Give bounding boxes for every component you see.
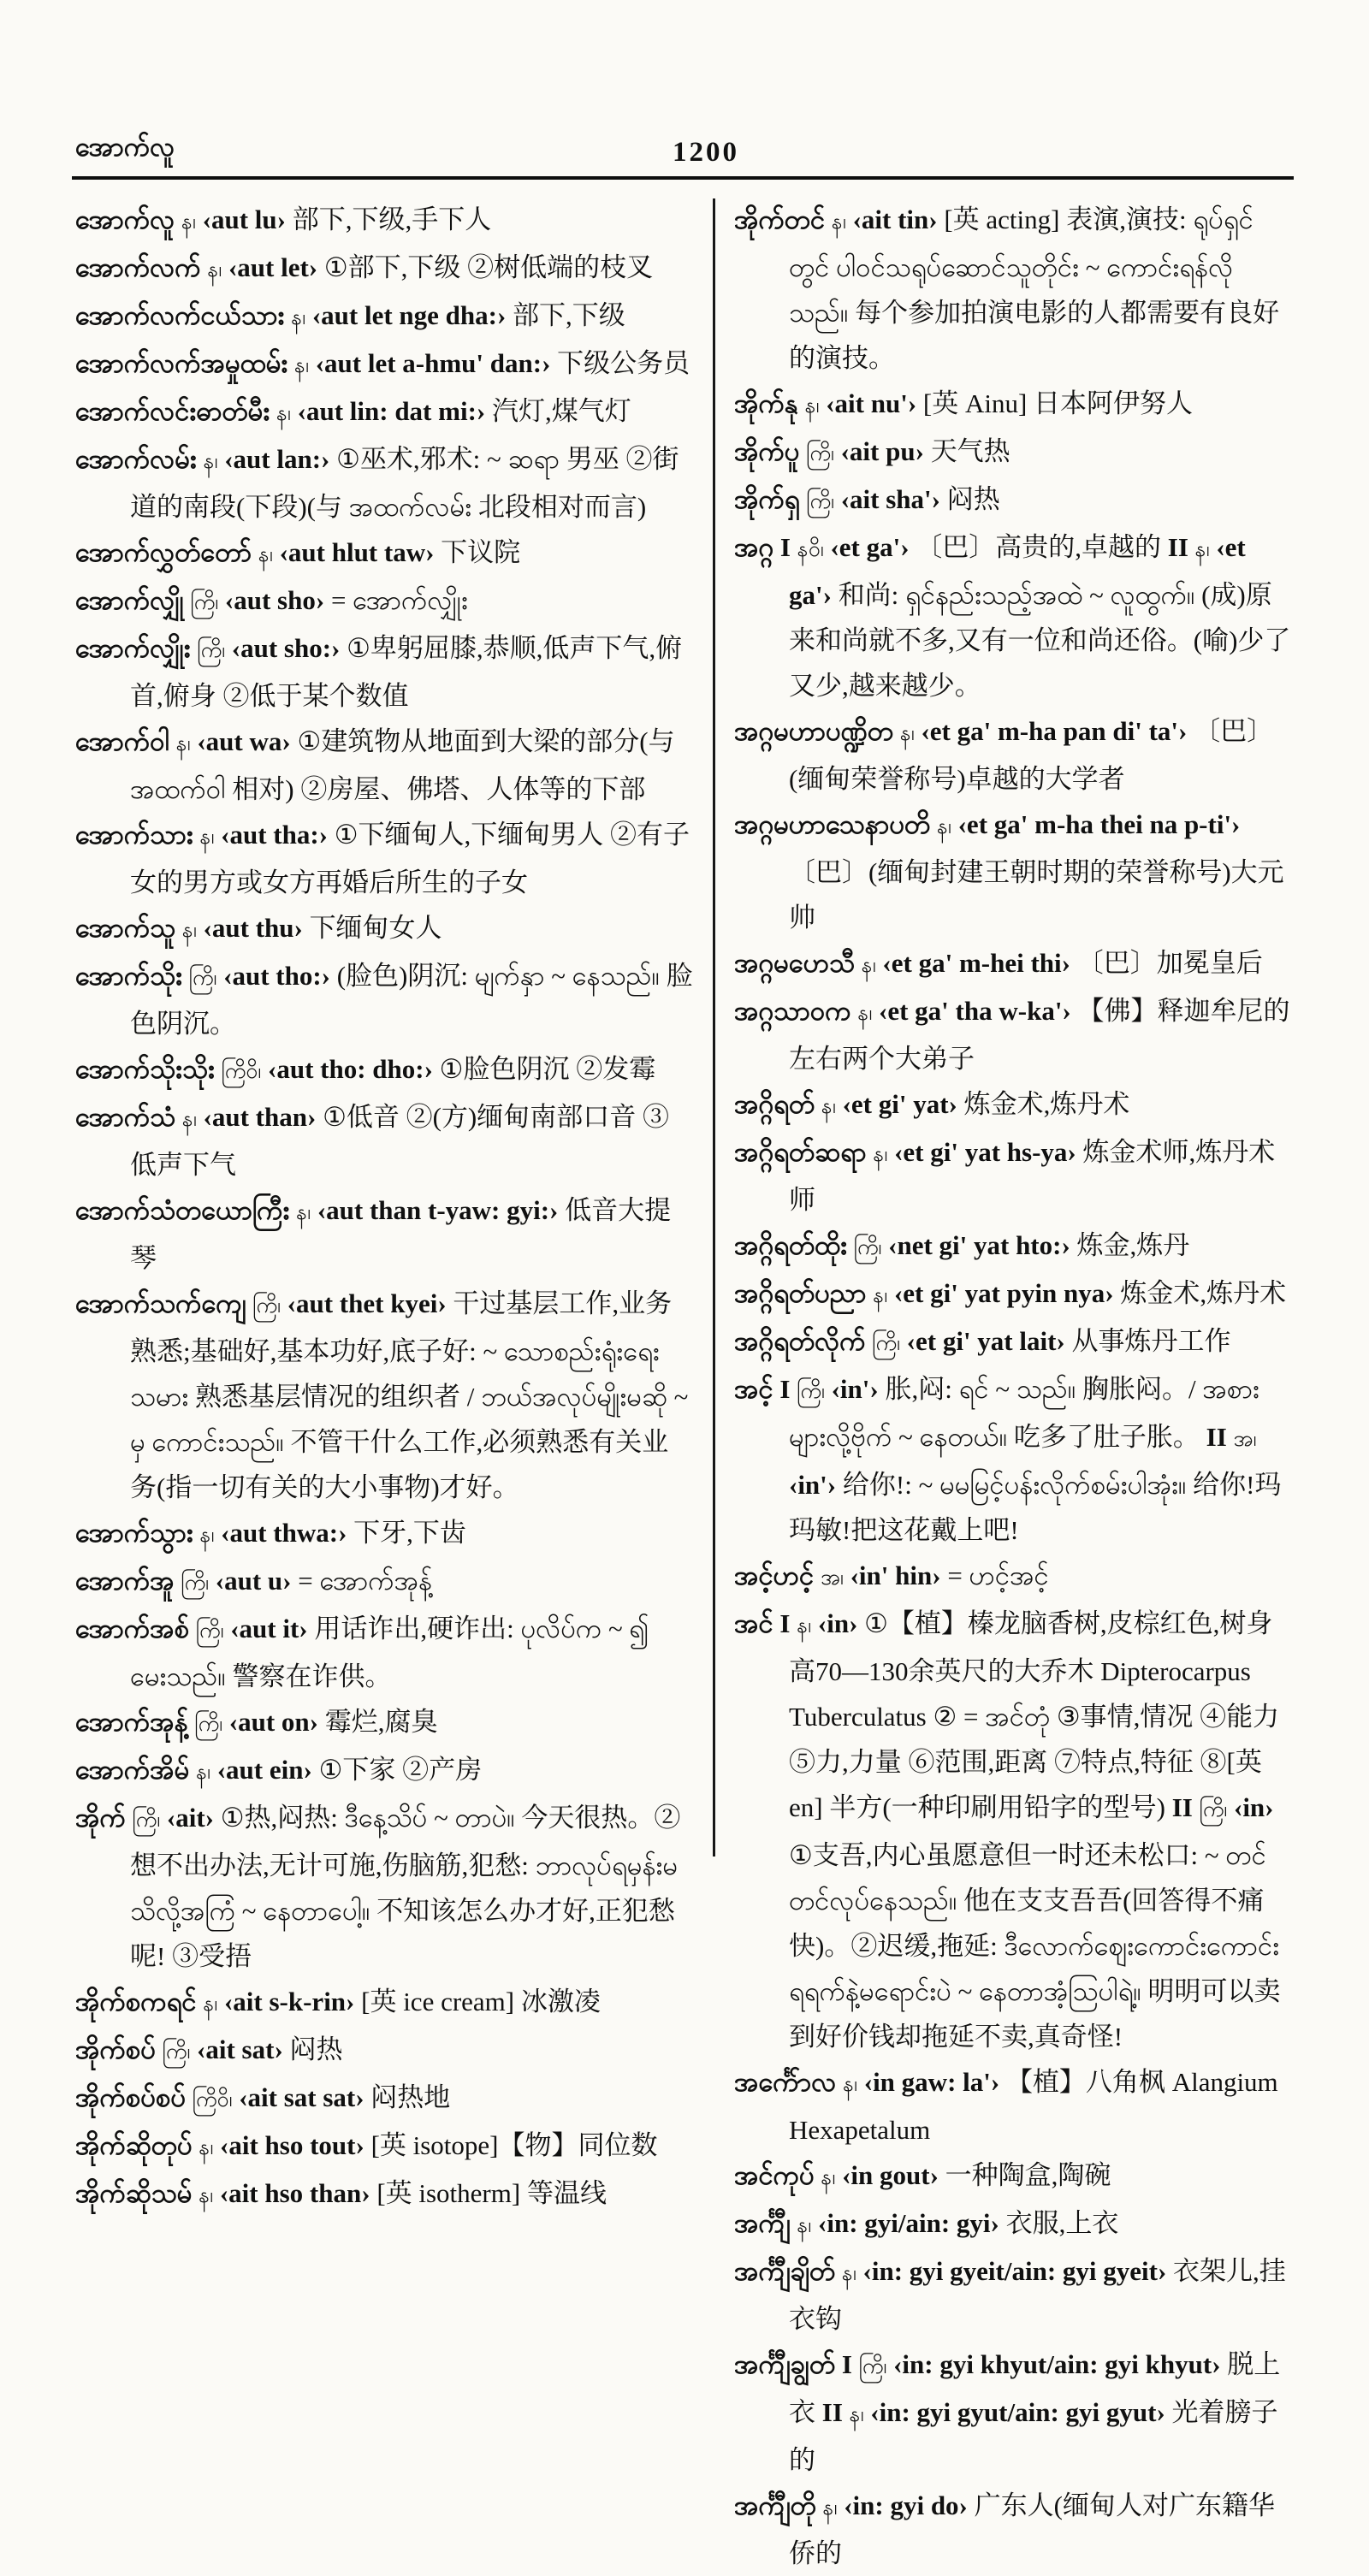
- dictionary-entry: အောက်သွား န၊ ‹aut thwa:› 下牙,下齿: [75, 1510, 695, 1558]
- headword: အောက်သက်ကျေ: [75, 1288, 246, 1318]
- pronunciation: ‹et gi' yat lait›: [907, 1326, 1065, 1356]
- headword: အင်္ကျီ: [734, 2208, 791, 2238]
- definition-zh: [英 ice cream] 冰激凌: [361, 1987, 601, 2016]
- example-my: ဒီနေ့သိပ် ~ တာပဲ။: [345, 1803, 515, 1833]
- dictionary-entry: အောက်အူ ကြိ၊ ‹aut u› = အောက်အုန့်: [75, 1558, 695, 1606]
- pos-label: န၊: [294, 354, 309, 377]
- dictionary-entry: အင့် I ကြိ၊ ‹in'› 胀,闷: ရင် ~ သည်။ 胸胀闷。/ …: [734, 1366, 1292, 1553]
- pos-label: ကြိ၊: [797, 1380, 825, 1403]
- pos-label: န၊: [258, 543, 273, 566]
- pronunciation: ‹net gi' yat hto:›: [888, 1230, 1070, 1260]
- pronunciation: ‹aut tho: dho:›: [268, 1054, 433, 1084]
- pronunciation: ‹in gout›: [842, 2160, 939, 2190]
- example-my: အထက်ဝါ: [130, 774, 226, 804]
- pos-label: န၊: [176, 732, 191, 755]
- definition-zh: 下议院: [441, 537, 520, 567]
- pronunciation: ‹aut it›: [230, 1614, 307, 1643]
- dictionary-entry: အောက်သိုးသိုး ကြိဝိ၊ ‹aut tho: dho:› ①脸色…: [75, 1046, 695, 1094]
- dictionary-entry: အဂ္ဂိရတ်ထိုး ကြိ၊ ‹net gi' yat hto:› 炼金,…: [734, 1223, 1292, 1270]
- pos-label: ကြိ၊: [189, 967, 217, 990]
- pronunciation: ‹in: gyi gyeit/ain: gyi gyeit›: [863, 2256, 1167, 2286]
- pronunciation: ‹ait tin›: [853, 204, 938, 234]
- pos-label: ကြိ၊: [854, 1236, 882, 1259]
- dictionary-entry: အဂ္ဂသာဝက န၊ ‹et ga' tha w-ka'› 【佛】释迦牟尼的左…: [734, 988, 1292, 1081]
- pos-label: န၊: [296, 1201, 311, 1224]
- pos-label: န၊: [1195, 538, 1210, 561]
- dictionary-entry: အိုက်တင် န၊ ‹ait tin› [英 acting] 表演,演技: …: [734, 197, 1292, 381]
- pos-label: ကြိ၊: [1200, 1798, 1228, 1821]
- headword: အင့်: [734, 1374, 773, 1404]
- definition-zh: 部下,下级: [513, 300, 625, 330]
- header-rule: [72, 176, 1294, 180]
- headword: အိုက်: [75, 1803, 126, 1833]
- headword: အောက်သံတယောကြီး: [75, 1195, 289, 1225]
- pos-label: အ၊: [821, 1566, 844, 1590]
- pronunciation: ‹ait sat›: [197, 2034, 283, 2064]
- pronunciation: ‹ait sat sat›: [239, 2082, 364, 2112]
- dictionary-entry: အောက်ဝါ န၊ ‹aut wa› ①建筑物从地面到大梁的部分(与 အထက်…: [75, 719, 695, 812]
- headword: အောက်သိုး: [75, 961, 182, 991]
- pronunciation: ‹aut than t-yaw: gyi:›: [317, 1195, 559, 1225]
- definition-zh: ①支吾,内心虽愿意但一时还未松口:: [789, 1840, 1198, 1870]
- pos-label: ကြိဝိ၊: [222, 1060, 262, 1083]
- pos-label: အ၊: [1234, 1428, 1257, 1451]
- pos-label: ကြိ၊: [181, 1572, 209, 1595]
- definition-zh: ①建筑物从地面到大梁的部分(与: [297, 726, 674, 756]
- definition-zh: ①热,闷热:: [221, 1803, 338, 1833]
- pronunciation: ‹et gi' yat›: [843, 1089, 957, 1119]
- pos-label: ကြိ၊: [197, 639, 225, 662]
- headword: အောက်အူ: [75, 1566, 175, 1596]
- headword: အိုက်ဆိုသမ်: [75, 2178, 192, 2208]
- dictionary-entry: အောက်အုန့် ကြိ၊ ‹aut on› 霉烂,腐臭: [75, 1699, 695, 1747]
- dictionary-entry: အောက်လက်အမှုထမ်း န၊ ‹aut let a-hmu' dan:…: [75, 341, 695, 388]
- page-number: 1200: [673, 137, 739, 169]
- pos-label: န၊: [900, 722, 915, 745]
- dictionary-entry: အောက်လျှို ကြိ၊ ‹aut sho› = အောက်လျှိုး: [75, 577, 695, 625]
- example-my: အောက်အုန့်: [319, 1566, 432, 1596]
- headword: အဂ္ဂိရတ်: [734, 1089, 815, 1119]
- pronunciation: ‹et gi' yat pyin nya›: [894, 1278, 1114, 1308]
- pos-label: န၊: [821, 1095, 836, 1118]
- example-my: အင်တုံ: [985, 1702, 1050, 1732]
- definition-zh: 相对) ②房屋、佛塔、人体等的下部: [232, 774, 645, 804]
- pos-label: န၊: [843, 2073, 857, 2096]
- dictionary-entry: အောက်အိမ် န၊ ‹aut ein› ①下家 ②产房: [75, 1747, 695, 1795]
- guide-word: အောက်လူ: [75, 130, 175, 169]
- headword: အောက်လမ်း: [75, 444, 197, 474]
- dictionary-entry: အောက်လက်ငယ်သား န၊ ‹aut let nge dha:› 部下,…: [75, 293, 695, 341]
- pos-label: ကြိဝိ၊: [193, 2088, 233, 2111]
- pronunciation: ‹in'›: [789, 1470, 836, 1500]
- headword: အင်ကုပ်: [734, 2160, 815, 2190]
- definition-zh: 北段相对而言): [478, 492, 646, 522]
- pronunciation: ‹aut tho:›: [223, 961, 330, 991]
- pos-label: ကြိ၊: [806, 490, 834, 513]
- definition-zh: 从事炼丹工作: [1072, 1326, 1231, 1356]
- headword: အဂ္ဂ: [734, 532, 773, 562]
- dictionary-entry: အဂ္ဂမဟာသေနာပတိ န၊ ‹et ga' m-ha thei na p…: [734, 802, 1292, 940]
- headword: အောက်လက်: [75, 252, 201, 282]
- definition-zh: ①脸色阴沉 ②发霉: [440, 1054, 656, 1084]
- example-my: အထက်လမ်း: [349, 492, 471, 522]
- definition-zh: 炼金,炼丹: [1077, 1230, 1190, 1260]
- definition-zh: 【植】八角枫: [1006, 2067, 1165, 2097]
- sense-numeral: II: [1172, 1792, 1193, 1822]
- example-my: ရင် ~ သည်။: [959, 1374, 1076, 1404]
- headword: အိုက်ရှ: [734, 484, 800, 514]
- example-my: ရှင်နည်းသည့်အထဲ ~ လူထွက်။: [905, 580, 1194, 610]
- pronunciation: ‹et gi' yat hs-ya›: [894, 1137, 1076, 1167]
- dictionary-entry: အိုက်နု န၊ ‹ait nu'› [英 Ainu] 日本阿伊努人: [734, 381, 1292, 429]
- pos-label: န၊: [937, 815, 951, 838]
- pos-label: န၊: [873, 1143, 887, 1166]
- headword: အောက်လက်အမှုထမ်း: [75, 348, 287, 378]
- pos-label: န၊: [199, 2184, 213, 2207]
- pos-label: န၊: [276, 402, 291, 425]
- definition-zh: 汽灯,煤气灯: [492, 396, 631, 426]
- definition-zh: 〔巴〕高贵的,卓越的: [916, 532, 1161, 562]
- pronunciation: ‹aut wa›: [197, 726, 290, 756]
- definition-zh: 每个参加拍演电影的人都需要有良好的演技。: [789, 298, 1279, 373]
- pronunciation: ‹et ga'›: [830, 532, 909, 562]
- dictionary-entry: အိုက်စကရင် န၊ ‹ait s-k-rin› [英 ice cream…: [75, 1979, 695, 2027]
- pronunciation: ‹ait s-k-rin›: [224, 1987, 354, 2016]
- headword: အောက်သံ: [75, 1102, 175, 1132]
- pos-label: ကြိ၊: [191, 591, 219, 614]
- pronunciation: ‹in›: [1234, 1792, 1274, 1822]
- dictionary-entry: အိုက် ကြိ၊ ‹ait› ①热,闷热: ဒီနေ့သိပ် ~ တာပဲ…: [75, 1795, 695, 1979]
- headword: အောက်အိမ်: [75, 1755, 189, 1785]
- pronunciation: ‹aut tha:›: [221, 820, 328, 850]
- pos-label: ကြိ၊: [872, 1332, 900, 1355]
- definition-zh: =: [298, 1566, 312, 1596]
- pos-label: ကြိ၊: [252, 1294, 281, 1318]
- dictionary-entry: အောက်သက်ကျေ ကြိ၊ ‹aut thet kyei› 干过基层工作,…: [75, 1281, 695, 1510]
- pronunciation: ‹aut sho:›: [232, 633, 341, 663]
- headword: အောက်အုန့်: [75, 1707, 188, 1737]
- definition-zh: [英 Ainu] 日本阿伊努人: [923, 388, 1193, 418]
- headword: အဂ္ဂိရတ်ထိုး: [734, 1230, 847, 1260]
- pronunciation: ‹et ga' m-ha pan di' ta'›: [921, 716, 1187, 746]
- pos-label: န၊: [291, 306, 305, 329]
- pronunciation: ‹in' hin›: [850, 1560, 941, 1590]
- definition-zh: 霉烂,腐臭: [325, 1707, 438, 1737]
- dictionary-entry: အောက်သူ န၊ ‹aut thu› 下缅甸女人: [75, 905, 695, 953]
- headword: အင်္ကော်လ: [734, 2067, 836, 2097]
- pronunciation: ‹in›: [818, 1608, 858, 1638]
- pronunciation: ‹aut sho›: [225, 585, 324, 615]
- example-my: မျက်နှာ ~ နေသည်။: [475, 961, 660, 991]
- definition-zh: ①下家 ②产房: [319, 1755, 483, 1785]
- sense-numeral: I: [842, 2349, 852, 2379]
- pos-label: န၊: [842, 2262, 856, 2285]
- pos-label: န၊: [797, 1614, 811, 1637]
- pos-label: န၊: [797, 2214, 811, 2237]
- headword: အောက်လွှတ်တော်: [75, 537, 252, 567]
- pronunciation: ‹in: gyi khyut/ain: gyi khyut›: [893, 2349, 1220, 2379]
- headword: အောက်ဝါ: [75, 726, 169, 756]
- pos-label: န၊: [805, 394, 820, 417]
- pronunciation: ‹aut than›: [204, 1102, 317, 1132]
- definition-zh: 〔巴〕(缅甸封建王朝时期的荣誉称号)大元帅: [789, 857, 1284, 933]
- definition-zh: 和尚:: [839, 580, 899, 610]
- headword: အောက်အစ်: [75, 1614, 189, 1643]
- headword: အောက်လင်းဓာတ်မီး: [75, 396, 270, 426]
- headword: အင်္ကျီချိတ်: [734, 2256, 835, 2286]
- pronunciation: ‹aut lu›: [203, 204, 286, 234]
- pronunciation: ‹aut thet kyei›: [287, 1288, 447, 1318]
- pos-label: န၊: [199, 2136, 213, 2159]
- definition-zh: [英 isotherm] 等温线: [376, 2178, 607, 2208]
- definition-zh: =: [947, 1560, 962, 1590]
- pronunciation: ‹aut thu›: [204, 913, 303, 943]
- pronunciation: ‹aut hlut taw›: [280, 537, 435, 567]
- pronunciation: ‹et ga' m-hei thi›: [882, 948, 1070, 978]
- headword: အိုက်ဆိုတုပ်: [75, 2130, 193, 2160]
- pos-label: န၊: [204, 450, 218, 473]
- left-column: အောက်လူ န၊ ‹aut lu› 部下,下级,手下人အောက်လက် န၊…: [75, 197, 695, 2218]
- dictionary-entry: အင်္ကျီ န၊ ‹in: gyi/ain: gyi› 衣服,上衣: [734, 2200, 1292, 2248]
- dictionary-page: { "page": { "guide_word": "အောက်လူ", "pa…: [0, 0, 1369, 2011]
- definition-zh: 吃多了肚子胀。: [1014, 1422, 1200, 1452]
- dictionary-entry: အင့်ဟင့် အ၊ ‹in' hin› = ဟင့်အင့်: [734, 1553, 1292, 1601]
- dictionary-entry: အိုက်ပူ ကြိ၊ ‹ait pu› 天气热: [734, 429, 1292, 477]
- pos-label: န၊: [200, 1524, 215, 1547]
- headword: အင်: [734, 1608, 773, 1638]
- definition-zh: 一种陶盒,陶碗: [945, 2160, 1111, 2190]
- definition-zh: ①巫术,邪术:: [336, 444, 480, 474]
- dictionary-entry: အောက်လွှတ်တော် န၊ ‹aut hlut taw› 下议院: [75, 530, 695, 577]
- headword: အောက်လျှိုး: [75, 633, 191, 663]
- headword: အင်္ကျီတို: [734, 2490, 816, 2520]
- sense-numeral: II: [822, 2397, 843, 2427]
- dictionary-entry: အဂ္ဂမဟေသီ န၊ ‹et ga' m-hei thi› 〔巴〕加冕皇后: [734, 940, 1292, 988]
- example-my: ဟင့်အင့်: [969, 1560, 1049, 1590]
- pos-label: န၊: [207, 258, 222, 281]
- pronunciation: ‹aut u›: [216, 1566, 292, 1596]
- headword: အိုက်ပူ: [734, 436, 799, 466]
- definition-zh: =: [331, 585, 346, 615]
- pronunciation: ‹et ga' m-ha thei na p-ti'›: [958, 809, 1241, 839]
- definition-zh: ①下缅甸人,下缅甸男人 ②有子女的男方或女方再婚后所生的子女: [130, 820, 690, 897]
- dictionary-entry: အောက်လျှိုး ကြိ၊ ‹aut sho:› ①卑躬屈膝,恭顺,低声下…: [75, 625, 695, 719]
- definition-zh: 炼金术,炼丹术: [1120, 1278, 1286, 1308]
- dictionary-entry: အောက်လက် န၊ ‹aut let› ①部下,下级 ②树低端的枝叉: [75, 245, 695, 293]
- definition-zh: 下牙,下齿: [353, 1518, 466, 1548]
- definition-zh: [英 acting] 表演,演技:: [944, 204, 1186, 234]
- pronunciation: ‹aut thwa:›: [221, 1518, 347, 1548]
- pronunciation: ‹aut let a-hmu' dan:›: [316, 348, 551, 378]
- headword: အဂ္ဂိရတ်ပညာ: [734, 1278, 867, 1308]
- headword: အောက်သိုးသိုး: [75, 1054, 215, 1084]
- headword: အောက်လျှို: [75, 585, 184, 615]
- dictionary-entry: အဂ္ဂိရတ်ဆရာ န၊ ‹et gi' yat hs-ya› 炼金术师,炼…: [734, 1129, 1292, 1223]
- definition-zh: 炼金术,炼丹术: [964, 1089, 1130, 1119]
- definition-zh: 部下,下级,手下人: [293, 204, 492, 234]
- definition-zh: 闷热地: [370, 2082, 450, 2112]
- pos-label: န၊: [182, 1108, 197, 1131]
- pronunciation: ‹aut lin: dat mi:›: [298, 396, 486, 426]
- sense-numeral: II: [1168, 532, 1188, 562]
- example-my: ~ မမမြင့်ပန်းလိုက်စမ်းပါအုံး။: [919, 1470, 1187, 1500]
- definition-zh: 〔巴〕加冕皇后: [1077, 948, 1263, 978]
- headword: အိုက်စပ်စပ်: [75, 2082, 186, 2112]
- headword: အောက်လက်ငယ်သား: [75, 300, 284, 330]
- pronunciation: ‹in: gyi do›: [844, 2490, 968, 2520]
- pronunciation: ‹ait sha'›: [841, 484, 940, 514]
- dictionary-entry: အဂ္ဂ I နဝိ၊ ‹et ga'› 〔巴〕高贵的,卓越的 II န၊ ‹e…: [734, 524, 1292, 708]
- definition-zh: 熟悉基层情况的组织者 /: [195, 1382, 474, 1412]
- definition-zh: ② =: [933, 1702, 979, 1732]
- sense-numeral: I: [779, 1608, 790, 1638]
- pos-label: ကြိ၊: [859, 2355, 887, 2378]
- definition-zh: (脸色)阴沉:: [337, 961, 468, 991]
- definition-zh: 闷热: [290, 2034, 343, 2064]
- dictionary-entry: အင်္ကျီချိတ် န၊ ‹in: gyi gyeit/ain: gyi …: [734, 2248, 1292, 2342]
- dictionary-entry: အိုက်စပ် ကြိ၊ ‹ait sat› 闷热: [75, 2027, 695, 2075]
- headword: အဂ္ဂမဟာပဏ္ဍိတ: [734, 716, 893, 746]
- pronunciation: ‹ait hso tout›: [220, 2130, 364, 2160]
- pronunciation: ‹aut let nge dha:›: [312, 300, 506, 330]
- headword: အဂ္ဂမဟာသေနာပတိ: [734, 809, 930, 839]
- pronunciation: ‹et ga' tha w-ka'›: [879, 996, 1071, 1026]
- pos-label: န၊: [857, 1002, 872, 1025]
- headword: အောက်သွား: [75, 1518, 193, 1548]
- definition-zh: 天气热: [931, 436, 1010, 466]
- definition-zh: 用话诈出,硬诈出:: [314, 1614, 513, 1643]
- headword: အောက်သူ: [75, 913, 175, 943]
- pos-label: န၊: [182, 919, 197, 942]
- dictionary-entry: အောက်လမ်း န၊ ‹aut lan:› ①巫术,邪术: ~ ဆရာ 男巫…: [75, 436, 695, 530]
- dictionary-entry: အောက်လူ န၊ ‹aut lu› 部下,下级,手下人: [75, 197, 695, 245]
- pos-label: ကြိ၊: [133, 1809, 161, 1832]
- definition-zh: 下缅甸女人: [310, 913, 442, 943]
- pronunciation: ‹aut let›: [228, 252, 317, 282]
- definition-zh: 闷热: [947, 484, 1000, 514]
- sense-numeral: I: [780, 532, 791, 562]
- pos-label: နဝိ၊: [797, 538, 824, 561]
- example-my: အောက်လျှိုး: [353, 585, 468, 615]
- headword: အင့်ဟင့်: [734, 1560, 814, 1590]
- pos-label: ကြိ၊: [163, 2040, 191, 2064]
- pos-label: ကြိ၊: [194, 1713, 222, 1736]
- headword: အိုက်စကရင်: [75, 1987, 197, 2016]
- pos-label: န၊: [203, 1993, 217, 2016]
- definition-zh: 下级公务员: [557, 348, 690, 378]
- headword: အောက်လူ: [75, 204, 175, 234]
- pos-label: ကြိ၊: [806, 442, 834, 465]
- sense-numeral: II: [1206, 1422, 1227, 1452]
- definition-zh: 给你!:: [843, 1470, 912, 1500]
- pos-label: န၊: [181, 210, 196, 234]
- headword: အဂ္ဂသာဝက: [734, 996, 851, 1026]
- column-divider: [713, 198, 715, 1856]
- dictionary-entry: အင်္ကော်လ န၊ ‹in gaw: la'› 【植】八角枫 Alangi…: [734, 2059, 1292, 2153]
- headword: အဂ္ဂိရတ်လိုက်: [734, 1326, 866, 1356]
- pos-label: န၊: [196, 1761, 210, 1784]
- dictionary-entry: အိုက်ဆိုသမ် န၊ ‹ait hso than› [英 isother…: [75, 2170, 695, 2218]
- dictionary-entry: အိုက်ရှ ကြိ၊ ‹ait sha'› 闷热: [734, 477, 1292, 524]
- headword: အဂ္ဂမဟေသီ: [734, 948, 855, 978]
- pronunciation: ‹aut lan:›: [224, 444, 329, 474]
- definition-zh: ①部下,下级 ②树低端的枝叉: [324, 252, 653, 282]
- dictionary-entry: အောက်သား န၊ ‹aut tha:› ①下缅甸人,下缅甸男人 ②有子女的…: [75, 812, 695, 905]
- pronunciation: ‹ait›: [167, 1803, 214, 1833]
- dictionary-entry: အင် I န၊ ‹in› ①【植】榛龙脑香树,皮棕红色,树身高70—130余英…: [734, 1601, 1292, 2059]
- definition-zh: [英 isotope]【物】同位数: [371, 2130, 658, 2160]
- headword: အိုက်တင်: [734, 204, 825, 234]
- definition-zh: 胸胀闷。/: [1082, 1374, 1196, 1404]
- dictionary-entry: အောက်လင်းဓာတ်မီး န၊ ‹aut lin: dat mi:› 汽…: [75, 388, 695, 436]
- pos-label: န၊: [832, 210, 846, 234]
- dictionary-entry: အောက်သိုး ကြိ၊ ‹aut tho:› (脸色)阴沉: မျက်နှ…: [75, 953, 695, 1046]
- pronunciation: ‹ait hso than›: [220, 2178, 370, 2208]
- pronunciation: ‹aut on›: [229, 1707, 318, 1737]
- dictionary-entry: အင်ကုပ် န၊ ‹in gout› 一种陶盒,陶碗: [734, 2153, 1292, 2200]
- pos-label: န၊: [821, 2166, 835, 2189]
- headword: အိုက်စပ်: [75, 2034, 156, 2064]
- dictionary-entry: အဂ္ဂိရတ် န၊ ‹et gi' yat› 炼金术,炼丹术: [734, 1081, 1292, 1129]
- dictionary-entry: အင်္ကျီချွတ် I ကြိ၊ ‹in: gyi khyut/ain: …: [734, 2342, 1292, 2483]
- definition-zh: 衣服,上衣: [1006, 2208, 1119, 2238]
- pronunciation: ‹in'›: [832, 1374, 879, 1404]
- sense-numeral: I: [779, 1374, 790, 1404]
- pronunciation: ‹in: gyi gyut/ain: gyi gyut›: [870, 2397, 1165, 2427]
- pronunciation: ‹ait nu'›: [826, 388, 916, 418]
- dictionary-entry: အဂ္ဂမဟာပဏ္ဍိတ န၊ ‹et ga' m-ha pan di' ta…: [734, 708, 1292, 802]
- pronunciation: ‹ait pu›: [841, 436, 924, 466]
- pos-label: န၊: [200, 826, 215, 849]
- dictionary-entry: အောက်သံ န၊ ‹aut than› ①低音 ②(方)缅甸南部口音 ③低声…: [75, 1094, 695, 1187]
- dictionary-entry: အဂ္ဂိရတ်လိုက် ကြိ၊ ‹et gi' yat lait› 从事炼…: [734, 1318, 1292, 1366]
- dictionary-entry: အဂ္ဂိရတ်ပညာ န၊ ‹et gi' yat pyin nya› 炼金术…: [734, 1270, 1292, 1318]
- pos-label: န၊: [850, 2403, 864, 2426]
- headword: အဂ္ဂိရတ်ဆရာ: [734, 1137, 867, 1167]
- pos-label: န၊: [823, 2496, 838, 2520]
- dictionary-entry: အိုက်စပ်စပ် ကြိဝိ၊ ‹ait sat sat› 闷热地: [75, 2075, 695, 2123]
- headword: အိုက်နု: [734, 388, 798, 418]
- example-my: ~ ဆရာ: [487, 444, 560, 474]
- pos-label: န၊: [873, 1284, 887, 1307]
- pronunciation: ‹in: gyi/ain: gyi›: [818, 2208, 999, 2238]
- right-column: အိုက်တင် န၊ ‹ait tin› [英 acting] 表演,演技: …: [734, 197, 1292, 2576]
- dictionary-entry: အောက်သံတယောကြီး န၊ ‹aut than t-yaw: gyi:…: [75, 1187, 695, 1281]
- definition-zh: 胀,闷:: [885, 1374, 951, 1404]
- definition-zh: 警察在诈供。: [233, 1661, 392, 1691]
- headword: အောက်သား: [75, 820, 193, 850]
- pos-label: ကြိ၊: [196, 1620, 224, 1643]
- pronunciation: ‹in gaw: la'›: [864, 2067, 999, 2097]
- dictionary-entry: အိုက်ဆိုတုပ် န၊ ‹ait hso tout› [英 isotop…: [75, 2123, 695, 2170]
- pronunciation: ‹aut ein›: [217, 1755, 312, 1785]
- headword: အင်္ကျီချွတ်: [734, 2349, 835, 2379]
- pos-label: န၊: [862, 954, 876, 977]
- dictionary-entry: အင်္ကျီတို န၊ ‹in: gyi do› 广东人(缅甸人对广东籍华侨…: [734, 2483, 1292, 2576]
- dictionary-entry: အောက်အစ် ကြိ၊ ‹aut it› 用话诈出,硬诈出: ပုလိပ်က…: [75, 1606, 695, 1699]
